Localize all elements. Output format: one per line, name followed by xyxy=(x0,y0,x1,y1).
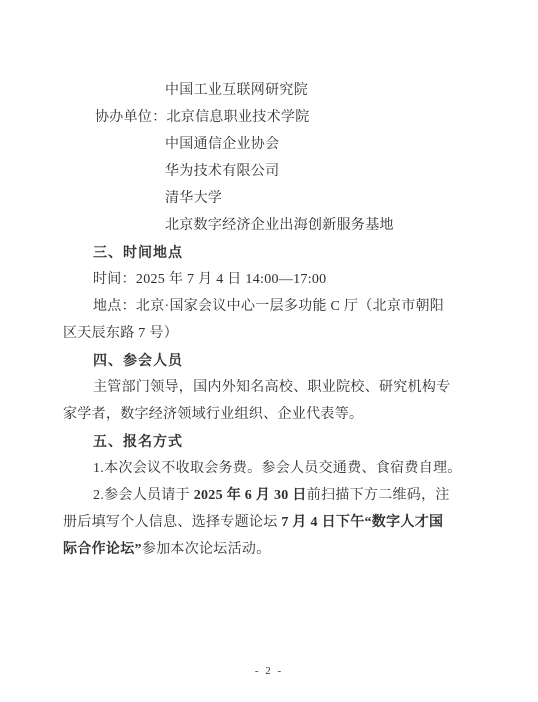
registration-deadline-date: 2025 年 6 月 30 日 xyxy=(194,488,307,503)
forum-name-emphasis: 际合作论坛” xyxy=(63,542,142,557)
forum-name-emphasis: 7 月 4 日下午“数字人才国 xyxy=(281,515,443,530)
location-line-continued: 区天辰东路 7 号） xyxy=(63,320,178,347)
co-organizer-item: 中国通信企业协会 xyxy=(165,131,279,158)
time-line: 时间：2025 年 7 月 4 日 14:00—17:00 xyxy=(93,266,326,293)
document-page: 中国工业互联网研究院 协办单位：北京信息职业技术学院 中国通信企业协会 华为技术… xyxy=(0,0,538,702)
co-organizer-item: 北京信息职业技术学院 xyxy=(167,110,310,125)
location-line: 地点：北京·国家会议中心一层多功能 C 厅（北京市朝阳 xyxy=(93,293,444,320)
registration-text: 册后填写个人信息、选择专题论坛 xyxy=(63,515,281,530)
registration-deadline-line: 2.参会人员请于 2025 年 6 月 30 日前扫描下方二维码，注 xyxy=(93,482,450,509)
registration-forum-line: 册后填写个人信息、选择专题论坛 7 月 4 日下午“数字人才国 xyxy=(63,509,443,536)
co-organizer-item: 北京数字经济企业出海创新服务基地 xyxy=(165,212,394,239)
registration-text: 参加本次论坛活动。 xyxy=(142,542,271,557)
registration-text: 2.参会人员请于 xyxy=(93,488,194,503)
registration-text: 前扫描下方二维码，注 xyxy=(307,488,450,503)
co-organizer-label: 协办单位： xyxy=(95,110,167,125)
registration-fee-line: 1.本次会议不收取会务费。参会人员交通费、食宿费自理。 xyxy=(93,455,462,482)
registration-forum-line-continued: 际合作论坛”参加本次论坛活动。 xyxy=(63,536,271,563)
co-organizer-item: 华为技术有限公司 xyxy=(165,158,279,185)
attendees-line-continued: 家学者，数字经济领域行业组织、企业代表等。 xyxy=(63,401,363,428)
org-name-line: 中国工业互联网研究院 xyxy=(165,77,308,104)
page-number: - 2 - xyxy=(0,662,538,680)
attendees-line: 主管部门领导，国内外知名高校、职业院校、研究机构专 xyxy=(93,374,451,401)
section-heading-registration: 五、报名方式 xyxy=(93,428,183,455)
section-heading-time-location: 三、时间地点 xyxy=(93,239,183,266)
co-organizer-item: 清华大学 xyxy=(165,185,222,212)
co-organizer-line: 协办单位：北京信息职业技术学院 xyxy=(95,104,310,131)
section-heading-attendees: 四、参会人员 xyxy=(93,347,183,374)
